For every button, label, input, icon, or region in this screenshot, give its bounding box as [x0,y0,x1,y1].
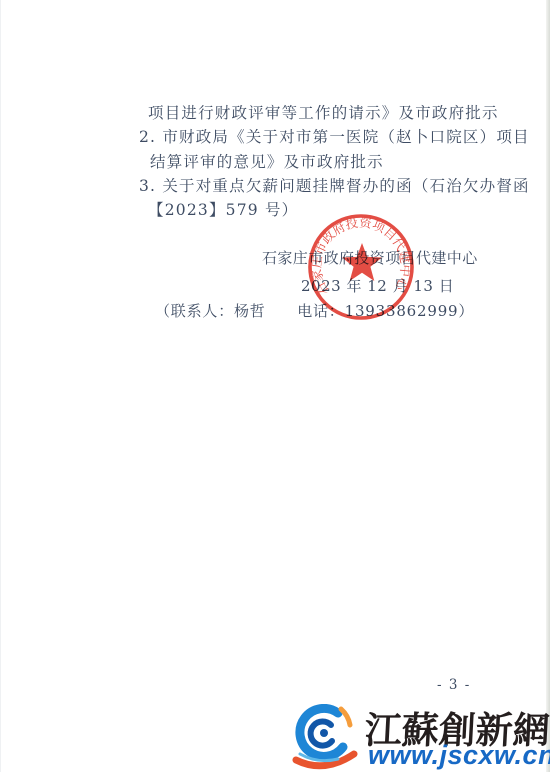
doc-line: 2. 市财政局《关于对市第一医院（赵卜口院区）项目 [139,125,530,147]
watermark-site-url: www.jscxw.cn [368,740,550,771]
star-icon [342,243,382,281]
doc-line: 【2023】579 号） [148,198,298,220]
page-left-edge [0,0,1,772]
doc-line: 项目进行财政评审等工作的请示》及市政府批示 [148,101,499,123]
official-seal-stamp: 石家庄市政府投资项目代建中心 [291,197,431,337]
doc-line: 结算评审的意见》及市政府批示 [150,150,384,172]
doc-line: 3. 关于对重点欠薪问题挂牌督办的函（石治欠办督函 [139,174,530,196]
page-number: - 3 - [437,677,471,693]
page-right-edge [546,0,550,772]
swirl-logo-icon [286,704,366,772]
